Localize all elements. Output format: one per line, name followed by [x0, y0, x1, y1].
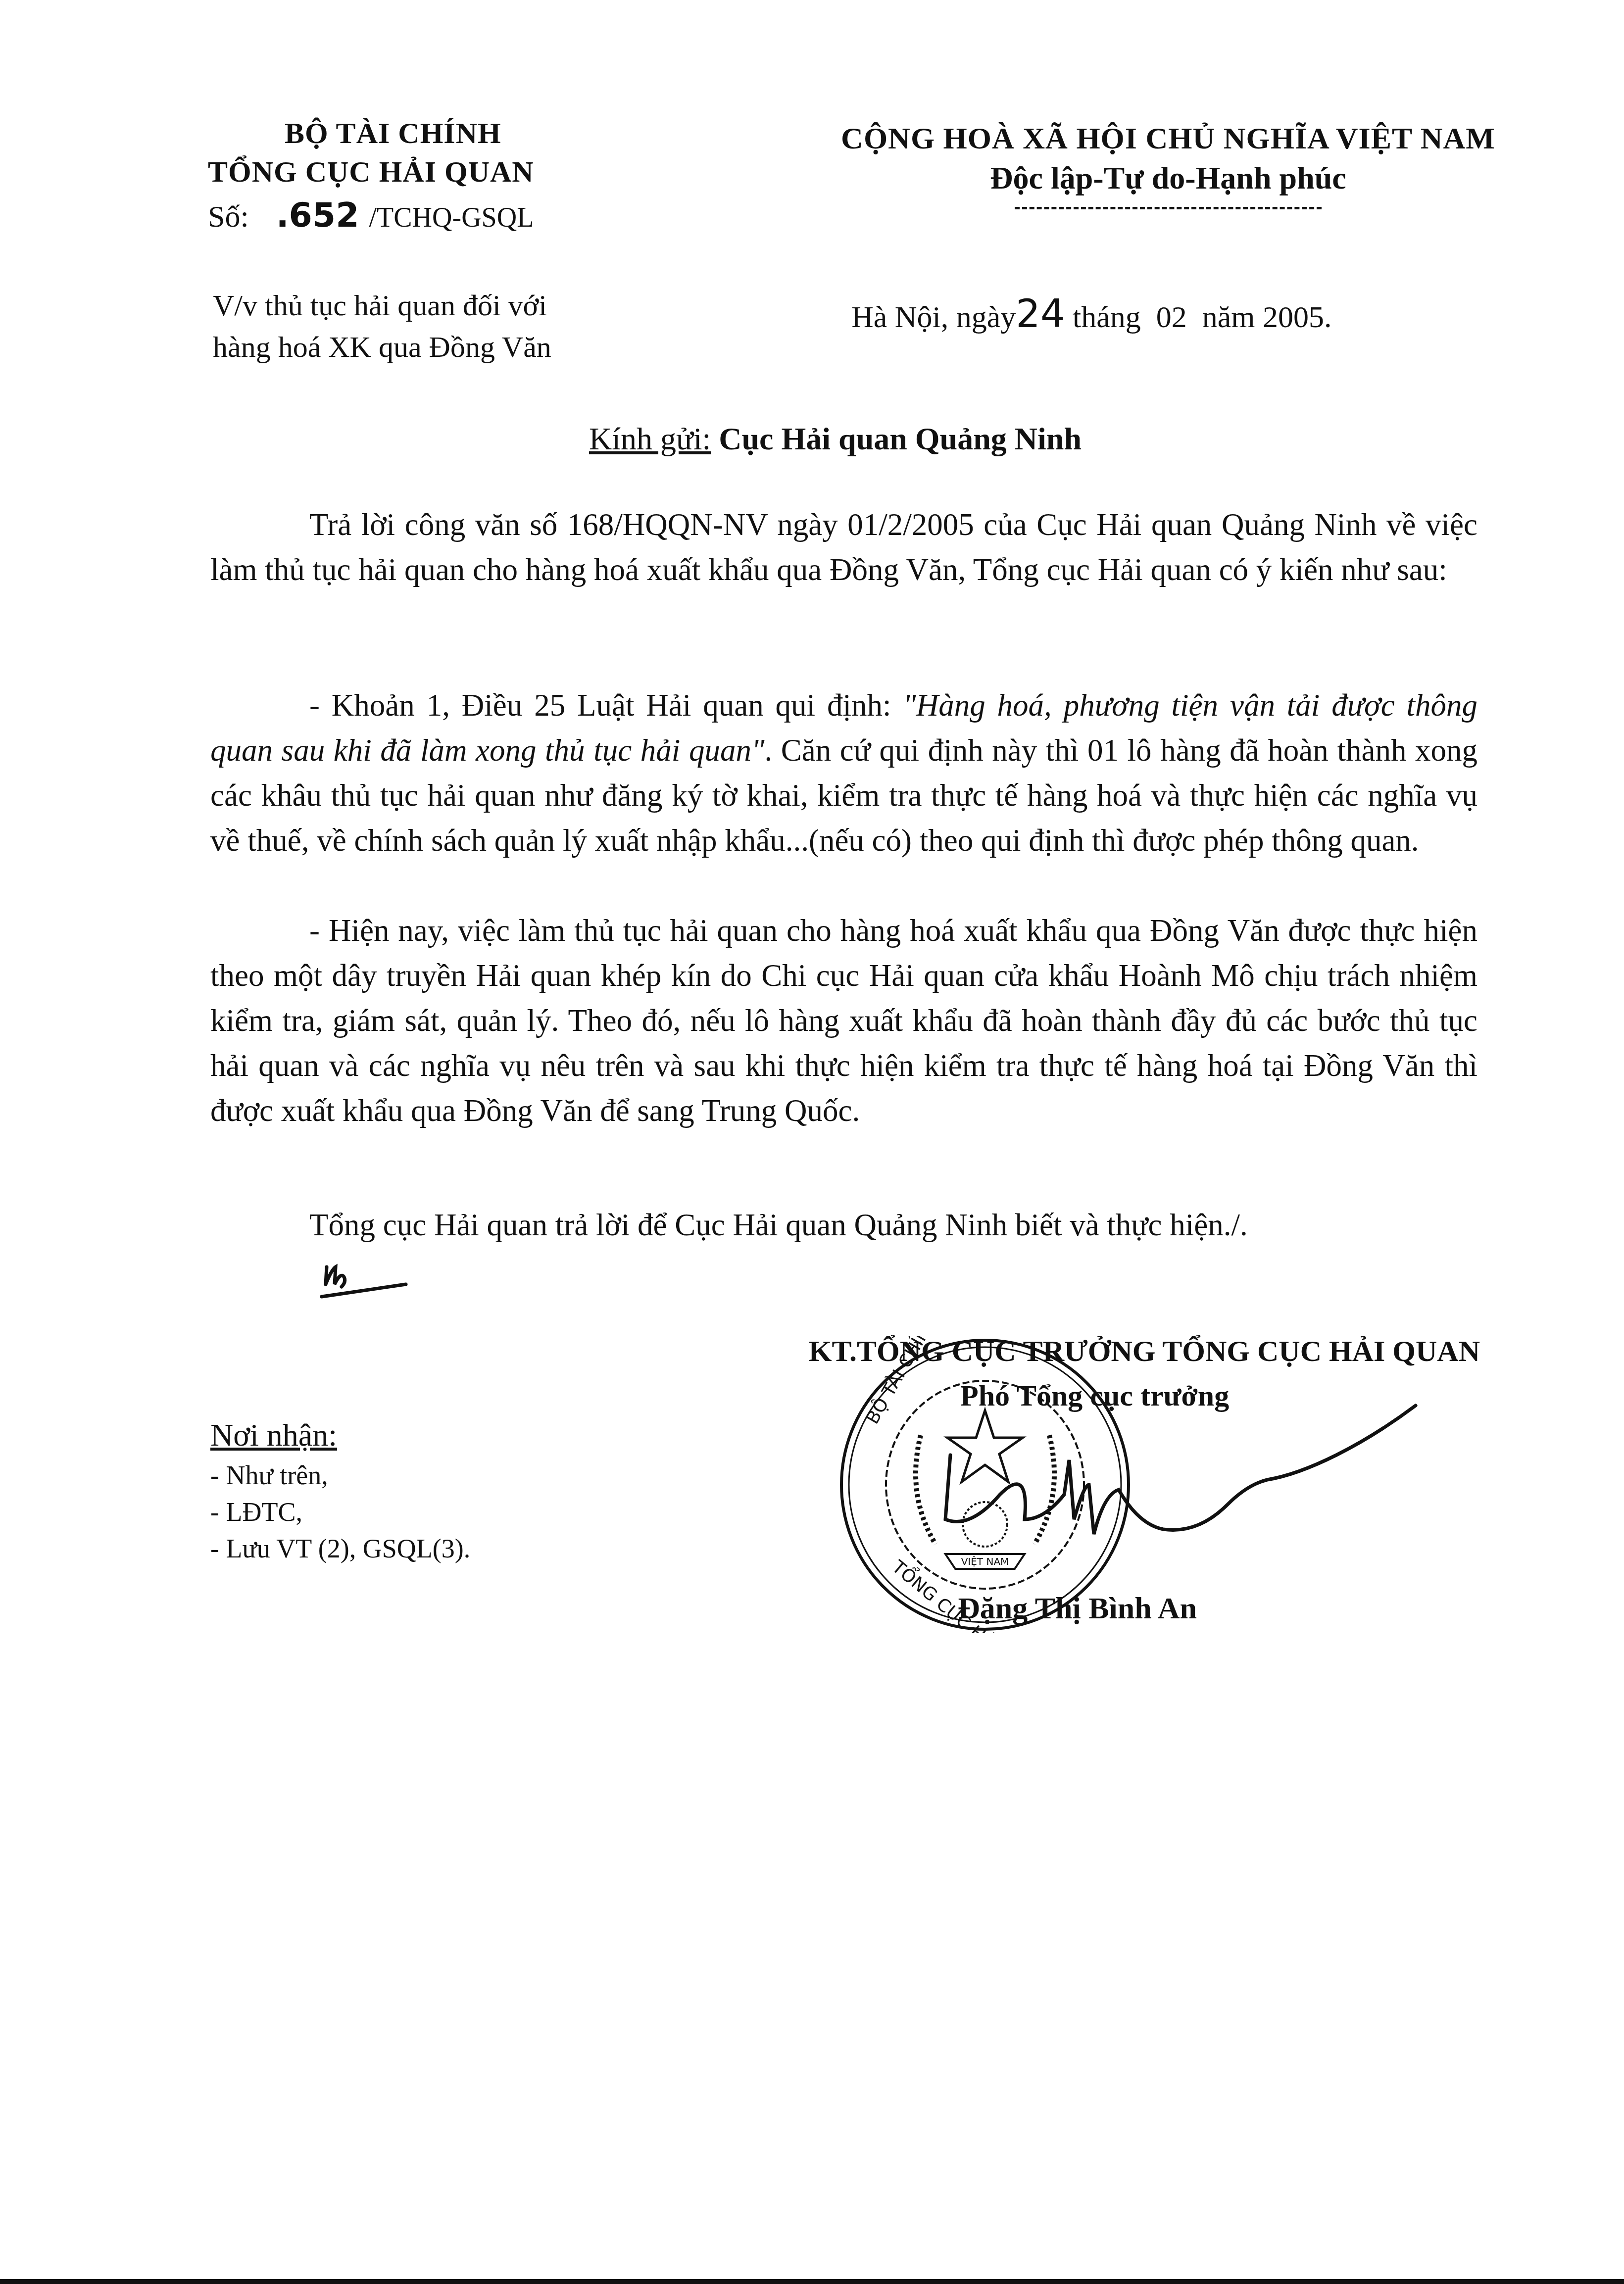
recipient-line: Kính gửi: Cục Hải quan Quảng Ninh: [589, 421, 1082, 457]
distribution-list: Nơi nhận: - Như trên, - LĐTC, - Lưu VT (…: [210, 1415, 470, 1567]
signer-name: Đặng Thị Bình An: [958, 1591, 1197, 1626]
body-paragraph: - Khoản 1, Điều 25 Luật Hải quan qui địn…: [210, 683, 1477, 863]
distribution-item: - Như trên,: [210, 1457, 470, 1494]
issuer-header: BỘ TÀI CHÍNH TỔNG CỤC HẢI QUAN Số:.652/T…: [198, 114, 663, 243]
date-prefix: Hà Nội, ngày: [851, 300, 1016, 334]
date-day: 24: [1016, 292, 1065, 337]
distribution-item: - Lưu VT (2), GSQL(3).: [210, 1530, 470, 1567]
closing-paragraph: Tổng cục Hải quan trả lời để Cục Hải qua…: [210, 1203, 1477, 1248]
issue-date: Hà Nội, ngày24 tháng 02 năm 2005.: [851, 292, 1332, 337]
date-suffix: tháng 02 năm 2005.: [1065, 300, 1332, 334]
legal-reference: - Khoản 1, Điều 25 Luật Hải quan qui địn…: [309, 688, 903, 723]
nation-title: CỘNG HOÀ XÃ HỘI CHỦ NGHĨA VIỆT NAM: [807, 119, 1529, 158]
national-header: CỘNG HOÀ XÃ HỘI CHỦ NGHĨA VIỆT NAM Độc l…: [807, 119, 1529, 209]
scan-edge: [0, 2279, 1624, 2284]
signer-authority: KT.TỔNG CỤC TRƯỞNG TỔNG CỤC HẢI QUAN: [693, 1331, 1534, 1371]
document-number-label: Số:: [208, 200, 249, 234]
distribution-item: - LĐTC,: [210, 1494, 470, 1530]
body-paragraph: - Hiện nay, việc làm thủ tục hải quan ch…: [210, 908, 1477, 1133]
distribution-title: Nơi nhận:: [210, 1415, 470, 1455]
document-number-value: .652: [276, 196, 359, 235]
handwritten-signature-icon: [940, 1396, 1460, 1559]
recipient-name: Cục Hải quan Quảng Ninh: [719, 421, 1082, 456]
recipient-label: Kính gửi:: [589, 421, 711, 456]
document-number-suffix: /TCHQ-GSQL: [369, 202, 534, 233]
handwritten-initials-icon: [317, 1257, 416, 1302]
signer-role: Phó Tổng cục trưởng: [713, 1376, 1534, 1415]
subject-line: V/v thủ tục hải quan đối với: [213, 285, 551, 326]
subject-line: hàng hoá XK qua Đồng Văn: [213, 326, 551, 368]
signature-block: KT.TỔNG CỤC TRƯỞNG TỔNG CỤC HẢI QUAN Phó…: [693, 1331, 1534, 1415]
national-motto: Độc lập-Tự do-Hạnh phúc: [807, 158, 1529, 198]
motto-divider: [1015, 207, 1322, 209]
document-subject: V/v thủ tục hải quan đối với hàng hoá XK…: [213, 285, 551, 368]
body-paragraph: Trả lời công văn số 168/HQQN-NV ngày 01/…: [210, 502, 1477, 592]
document-number: Số:.652/TCHQ-GSQL: [208, 191, 663, 243]
ministry-name: BỘ TÀI CHÍNH: [285, 114, 663, 152]
agency-name: TỔNG CỤC HẢI QUAN: [208, 152, 663, 191]
